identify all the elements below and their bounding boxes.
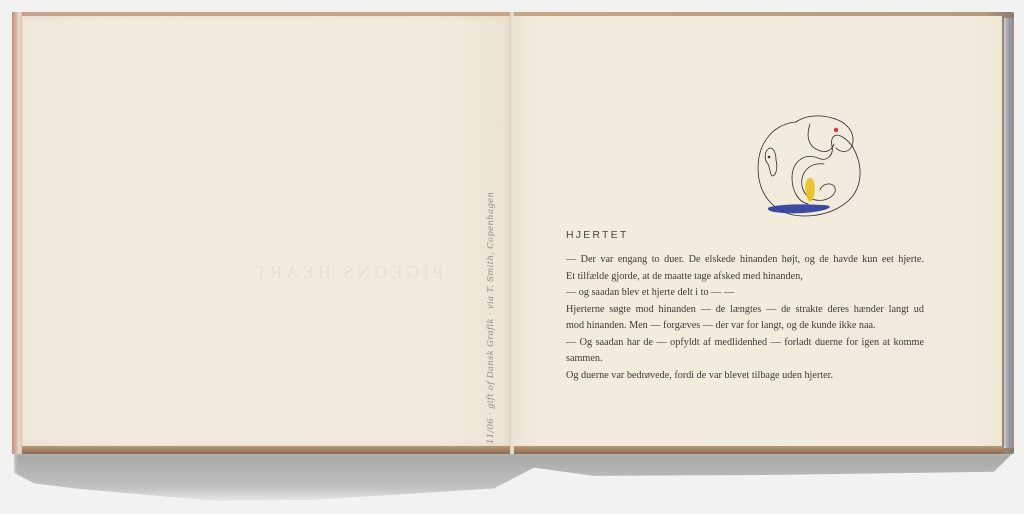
story-title: HJERTET (566, 229, 628, 241)
pencil-annotation: 11/06 · gift of Dansk Grafik · via T. Sm… (486, 192, 496, 444)
open-book: PIGEONS HEART (12, 12, 1014, 454)
story-line: — Der var engang to duer. De elskede hin… (566, 252, 924, 269)
show-through-text: PIGEONS HEART (252, 262, 443, 283)
left-page: PIGEONS HEART (22, 16, 512, 446)
story-line: Hjerterne søgte mod hinanden — de længte… (566, 302, 924, 319)
cover-edge-right (1004, 18, 1014, 448)
red-eye-icon (834, 128, 838, 132)
story-line: mod hinanden. Men — forgæves — der var f… (566, 318, 924, 335)
story-line: Et tilfælde gjorde, at de maatte tage af… (566, 269, 924, 286)
story-line: — og saadan blev et hjerte delt i to — — (566, 285, 924, 302)
story-text: — Der var engang to duer. De elskede hin… (566, 252, 924, 384)
cover-edge-left (12, 12, 22, 454)
story-line: Og duerne var bedrøvede, fordi de var bl… (566, 368, 924, 385)
book-shadow (14, 452, 1014, 504)
small-eye-icon (768, 156, 771, 159)
doves-illustration (752, 112, 864, 228)
story-line: sammen. (566, 351, 924, 368)
story-line: — Og saadan har de — opfyldt af medliden… (566, 335, 924, 352)
